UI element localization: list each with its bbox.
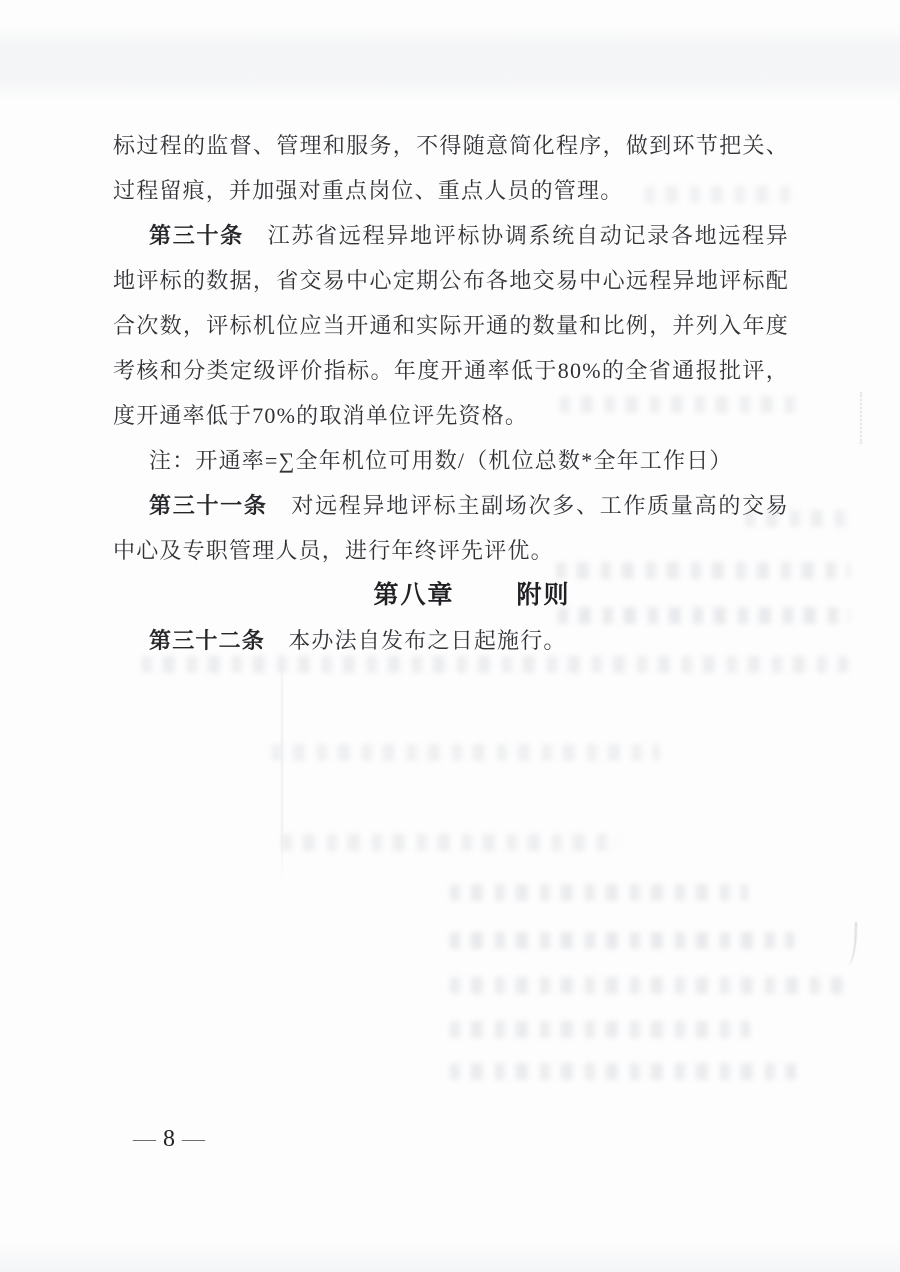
line-text: 对远程异地评标主副场次多、工作质量高的交易 <box>268 493 789 518</box>
text-line-note: 注：开通率=∑全年机位可用数/（机位总数*全年工作日） <box>113 438 789 483</box>
scan-streak <box>281 642 283 880</box>
text-line: 考核和分类定级评价指标。年度开通率低于80%的全省通报批评，年 <box>113 348 789 393</box>
line-text: 注：开通率=∑全年机位可用数/（机位总数*全年工作日） <box>149 448 733 473</box>
page: 标过程的监督、管理和服务，不得随意简化程序，做到环节把关、 过程留痕，并加强对重… <box>0 0 900 1272</box>
text-line: 第三十二条 本办法自发布之日起施行。 <box>113 618 789 663</box>
article-number: 第三十一条 <box>149 493 268 518</box>
line-text: 过程留痕，并加强对重点岗位、重点人员的管理。 <box>113 178 623 203</box>
text-line: 标过程的监督、管理和服务，不得随意简化程序，做到环节把关、 <box>113 123 789 168</box>
document-body: 标过程的监督、管理和服务，不得随意简化程序，做到环节把关、 过程留痕，并加强对重… <box>113 123 789 663</box>
page-edge-mark <box>846 922 857 966</box>
text-line: 中心及专职管理人员，进行年终评先评优。 <box>113 528 789 573</box>
text-line: 地评标的数据，省交易中心定期公布各地交易中心远程异地评标配 <box>113 258 789 303</box>
line-text: 标过程的监督、管理和服务，不得随意简化程序，做到环节把关、 <box>113 133 789 158</box>
text-line: 第三十一条 对远程异地评标主副场次多、工作质量高的交易 <box>113 483 789 528</box>
line-text: 江苏省远程异地评标协调系统自动记录各地远程异 <box>244 223 789 248</box>
text-line: 合次数，评标机位应当开通和实际开通的数量和比例，并列入年度 <box>113 303 789 348</box>
bleed-through-artifact <box>450 1063 796 1080</box>
article-number: 第三十条 <box>149 223 244 248</box>
chapter-number: 第八章 <box>373 573 454 618</box>
bleed-through-artifact <box>450 884 748 901</box>
bleed-through-artifact <box>272 744 660 761</box>
line-text: 考核和分类定级评价指标。年度开通率低于80%的全省通报批评，年 <box>113 358 789 393</box>
footer-page-number: 8 <box>163 1124 175 1154</box>
bleed-through-artifact <box>282 834 618 851</box>
bleed-through-artifact <box>450 932 794 949</box>
page-edge-mark <box>860 392 862 444</box>
text-line: 第三十条 江苏省远程异地评标协调系统自动记录各地远程异 <box>113 213 789 258</box>
footer-dash-left: — <box>133 1126 156 1152</box>
bleed-through-artifact <box>450 1021 750 1038</box>
page-footer: — 8 — <box>133 1124 205 1154</box>
line-text: 合次数，评标机位应当开通和实际开通的数量和比例，并列入年度 <box>113 313 789 338</box>
line-text: 本办法自发布之日起施行。 <box>265 628 567 653</box>
line-text: 中心及专职管理人员，进行年终评先评优。 <box>113 538 554 563</box>
article-number: 第三十二条 <box>149 628 265 653</box>
chapter-heading: 第八章 附则 <box>113 573 789 618</box>
line-text: 度开通率低于70%的取消单位评先资格。 <box>113 403 528 428</box>
line-text: 地评标的数据，省交易中心定期公布各地交易中心远程异地评标配 <box>113 268 789 293</box>
scan-artifact-band-bottom <box>0 1242 900 1272</box>
bleed-through-artifact <box>450 977 850 994</box>
text-line: 度开通率低于70%的取消单位评先资格。 <box>113 393 789 438</box>
text-line: 过程留痕，并加强对重点岗位、重点人员的管理。 <box>113 168 789 213</box>
chapter-title: 附则 <box>517 573 571 618</box>
footer-dash-right: — <box>182 1126 205 1152</box>
scanned-document-page: { "document": { "body_lines": [ {"lead":… <box>0 0 900 1272</box>
scan-artifact-band-top <box>0 26 900 100</box>
